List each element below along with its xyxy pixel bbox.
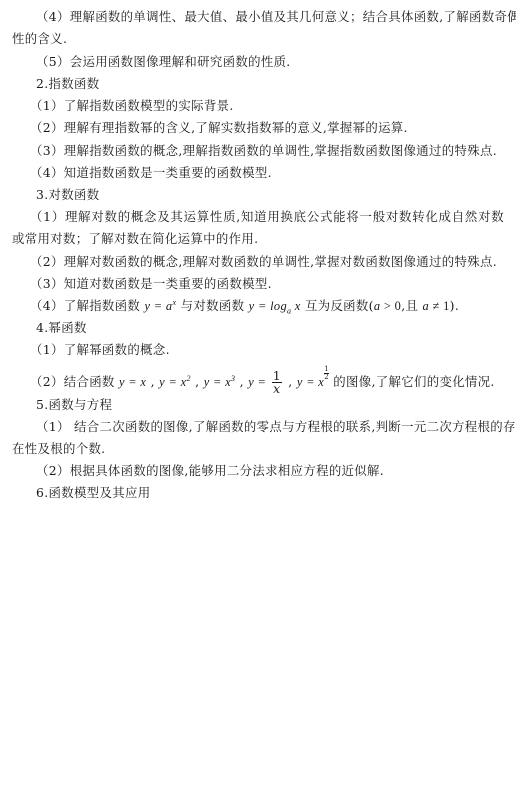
text-line: （3）理解指数函数的概念,理解指数函数的单调性,掌握指数函数图像通过的特殊点.: [30, 143, 504, 159]
subsection-heading: 3.对数函数: [36, 187, 504, 203]
text-line: （4）理解函数的单调性、最大值、最小值及其几何意义；结合具体函数,了解函数奇偶: [36, 9, 504, 25]
text-line: （1）了解幂函数的概念.: [30, 342, 504, 358]
text-segment: ,且: [401, 298, 422, 313]
separator: ,: [191, 374, 204, 389]
math-segment: y = a: [144, 299, 172, 313]
text-segment: 与对数函数: [176, 298, 248, 313]
math-expression: y = x2: [159, 375, 191, 389]
math-expression: y = ax: [144, 299, 176, 313]
text-line: 或常用对数；了解对数在简化运算中的作用.: [12, 231, 504, 247]
text-line: （2）根据具体函数的图像,能够用二分法求相应方程的近似解.: [36, 463, 504, 479]
subsection-heading: 6.函数模型及其应用: [36, 485, 504, 501]
document-page: （4）理解函数的单调性、最大值、最小值及其几何意义；结合具体函数,了解函数奇偶 …: [0, 0, 516, 797]
text-line: （5）会运用函数图像理解和研究函数的性质.: [36, 54, 504, 70]
math-segment: > 0: [380, 299, 401, 313]
text-line: （1）了解指数函数模型的实际背景.: [30, 98, 504, 114]
math-segment: ≠ 1: [429, 299, 450, 313]
text-line: （1） 结合二次函数的图像,了解函数的零点与方程根的联系,判断一元二次方程根的存: [36, 419, 504, 435]
math-fraction: 1x: [272, 370, 282, 395]
separator: ,: [284, 374, 297, 389]
separator: ,: [146, 374, 159, 389]
subsection-heading: 5.函数与方程: [36, 397, 504, 413]
math-text-line: （4）了解指数函数 y = ax 与对数函数 y = loga x 互为反函数(…: [30, 298, 504, 314]
math-segment: y = x: [159, 375, 186, 389]
math-text-line: （2）结合函数 y = x , y = x2 , y = x3 , y = 1x…: [30, 370, 504, 395]
subsection-heading: 2.指数函数: [36, 76, 504, 92]
math-segment: y = x: [297, 375, 324, 389]
text-line: （1）理解对数的概念及其运算性质,知道用换底公式能将一般对数转化成自然对数: [30, 209, 504, 225]
math-segment: y =: [248, 375, 269, 389]
separator: ,: [235, 374, 248, 389]
text-segment: ).: [450, 298, 459, 313]
math-segment: x: [291, 299, 300, 313]
fraction-denominator: x: [272, 383, 282, 395]
text-line: （4）知道指数函数是一类重要的函数模型.: [30, 165, 504, 181]
text-line: 在性及根的个数.: [12, 441, 504, 457]
math-segment: y = x: [204, 375, 231, 389]
text-line: （3）知道对数函数是一类重要的函数模型.: [30, 276, 504, 292]
text-segment: （4）了解指数函数: [30, 298, 144, 313]
text-segment: 互为反函数(: [301, 298, 374, 313]
text-segment: （2）结合函数: [30, 374, 119, 389]
text-line: （2）理解有理指数幂的含义,了解实数指数幂的意义,掌握幂的运算.: [30, 120, 504, 136]
text-line: 性的含义.: [12, 31, 504, 47]
math-segment: y = x: [119, 375, 146, 389]
math-expression: y = x3: [204, 375, 236, 389]
text-line: （2）理解对数函数的概念,理解对数函数的单调性,掌握对数函数图像通过的特殊点.: [30, 254, 504, 270]
math-expression: y = loga x: [249, 299, 301, 313]
text-segment: 的图像,了解它们的变化情况.: [329, 374, 495, 389]
math-segment: y = log: [249, 299, 287, 313]
subsection-heading: 4.幂函数: [36, 320, 504, 336]
